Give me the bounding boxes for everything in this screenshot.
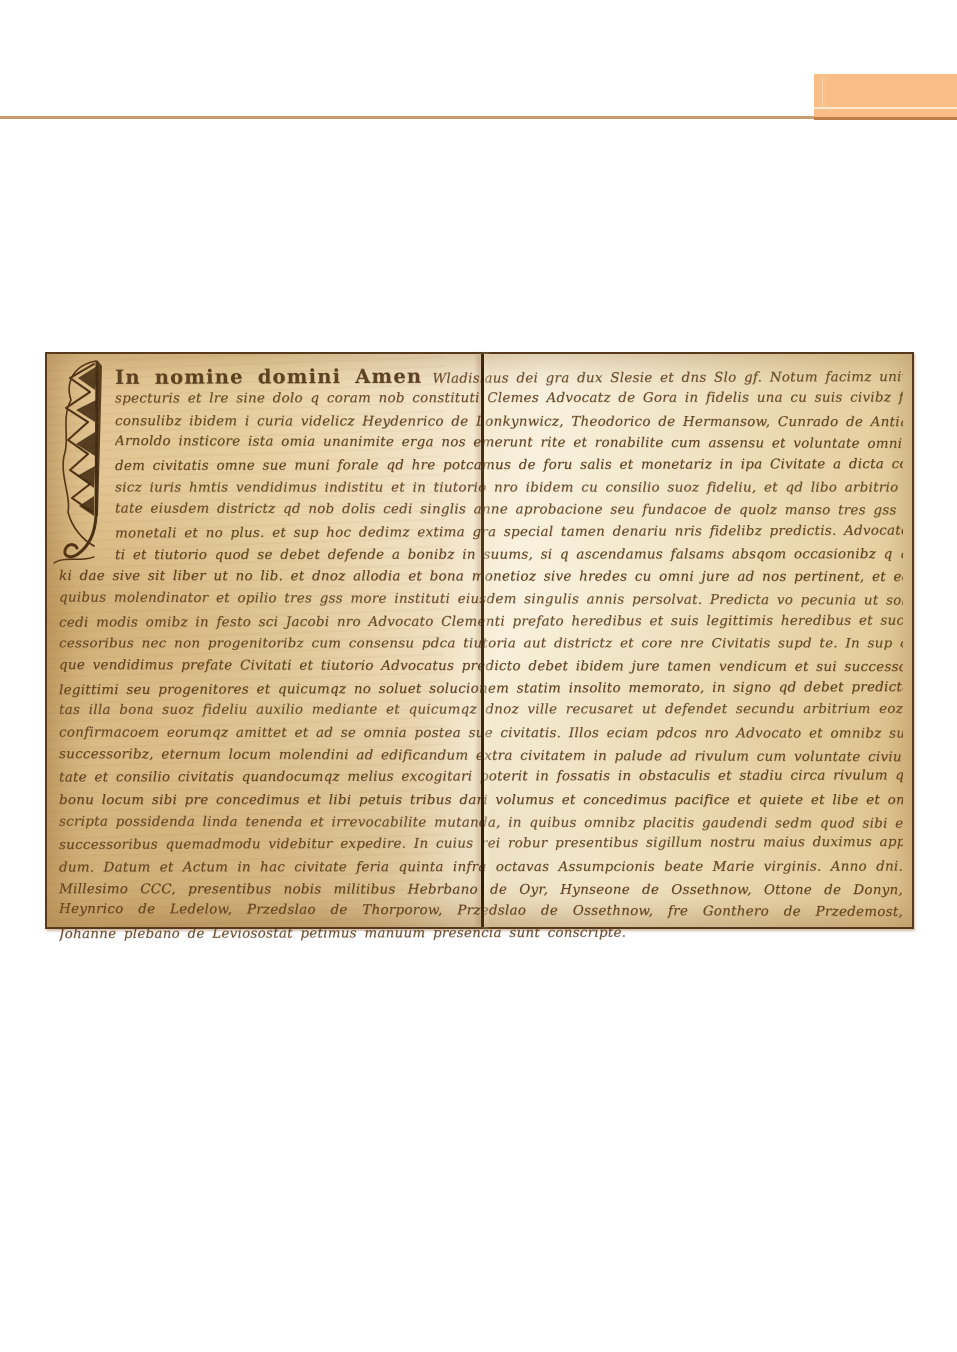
manuscript-line: successoribus quemadmodu videbitur exped…	[59, 832, 903, 857]
manuscript-line: bonu locum sibi pre concedimus et libi p…	[59, 790, 903, 812]
manuscript-line: tate et consilio civitatis quandocumqz m…	[59, 766, 903, 790]
manuscript-line: Johanne plebano de Leviosostat petimus m…	[59, 922, 903, 946]
tab-accent-line-vertical	[822, 77, 823, 107]
manuscript-gothic-opening: In nomine domini Amen	[115, 365, 422, 389]
tab-accent-line-vertical-2	[825, 77, 826, 107]
manuscript-line: dum. Datum et Actum in hac civitate feri…	[59, 856, 903, 879]
manuscript-line: tate eiusdem districtz qd nob dolis cedi…	[115, 498, 903, 522]
manuscript-line: ti et tiutorio quod se debet defende a b…	[115, 544, 903, 567]
manuscript-line: cedi modis omibz in festo sci Jacobi nro…	[59, 611, 903, 635]
manuscript-line: monetali et no plus. et sup hoc dedimz e…	[115, 521, 903, 546]
manuscript-line: Heynrico de Ledelow, Przedslao de Thorpo…	[59, 899, 903, 924]
page-root: In nomine domini AmenWladislaus dei gra …	[0, 0, 957, 1352]
manuscript-line: que vendidimus prefate Civitati et tiuto…	[59, 655, 903, 679]
manuscript-line: specturis et lre sine dolo q coram nob c…	[115, 388, 903, 411]
manuscript-photo: In nomine domini AmenWladislaus dei gra …	[45, 352, 914, 929]
manuscript-line: ki dae sive sit liber ut no lib. et dnoz…	[59, 566, 903, 589]
manuscript-line: dem civitatis omne sue muni forale qd hr…	[115, 454, 903, 478]
tab-accent-line-horizontal	[814, 107, 957, 109]
manuscript-line: cessoribus nec non progenitoribz cum con…	[59, 633, 903, 655]
manuscript-line: sicz iuris hmtis vendidimus indistitu et…	[115, 478, 903, 500]
manuscript-text: In nomine domini AmenWladislaus dei gra …	[59, 366, 903, 946]
manuscript-line: quibus molendinator et opilio tres gss m…	[59, 587, 903, 612]
manuscript-line: Arnoldo insticore ista omia unanimite er…	[115, 431, 903, 456]
manuscript-line: In nomine domini AmenWladislaus dei gra …	[115, 364, 903, 389]
manuscript-line: tas illa bona suoz fideliu auxilio media…	[59, 699, 903, 722]
header-tab	[814, 74, 957, 120]
manuscript-line: confirmacoem eorumqz amittet et ad se om…	[59, 722, 903, 745]
